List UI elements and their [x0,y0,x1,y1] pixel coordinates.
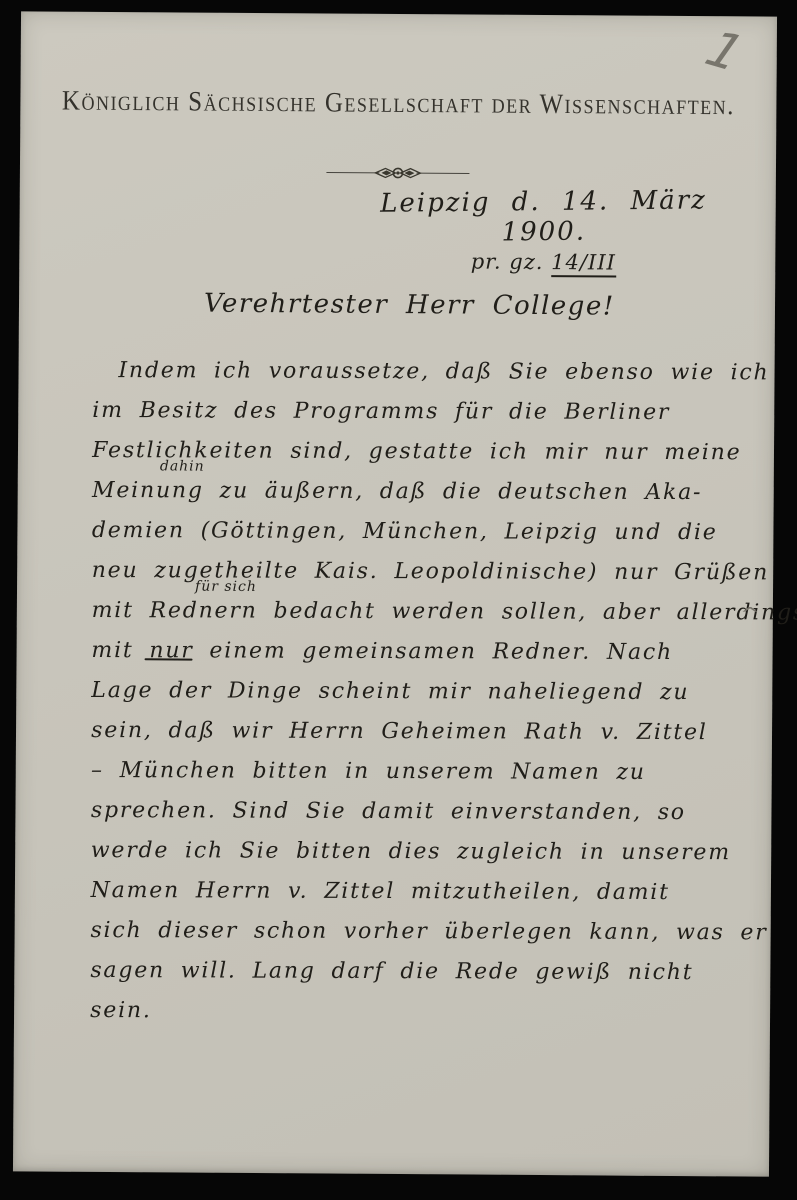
handwritten-line: demien (Göttingen, München, Leipzig und … [92,511,740,553]
page-number-pencil: 1 [697,20,752,82]
letter-body: Indem ich voraussetze, daß Sie ebenso wi… [90,351,740,1033]
handwritten-line: werde ich Sie bitten dies zugleich in un… [91,831,739,873]
dateline: Leipzig d. 14. März 1900. pr. gz. 14/III [349,186,738,276]
handwritten-line: mit nur einem gemeinsamen Redner. Nach [91,631,739,673]
handwritten-line: Lage der Dinge scheint mir naheliegend z… [91,671,739,713]
handwritten-line: sein. [90,991,738,1033]
handwritten-line: Namen Herrn v. Zittel mitzutheilen, dami… [91,871,739,913]
interline-insertion-above: dahin [160,458,205,474]
handwritten-line: neu zugetheilte Kais. Leopoldinische) nu… [92,551,740,593]
handwritten-line: im Besitz des Programms für die Berliner [92,391,740,433]
handwritten-line: sein, daß wir Herrn Geheimen Rath v. Zit… [91,711,739,753]
handwritten-line: sagen will. Lang darf die Rede gewiß nic… [90,951,738,993]
underline-mark [145,658,193,660]
scan-background: { "scan": { "page_marker": "1", "margin_… [0,0,797,1200]
salutation: Verehrtester Herr College! [204,289,615,322]
letter-page: 1 Königlich Sächsische Gesellschaft der … [13,11,777,1176]
handwritten-line: Meinung zu äußern, daß die deutschen Aka… [92,471,740,513]
received-note: pr. gz. 14/III [349,249,737,276]
dateline-place-date: Leipzig d. 14. März 1900. [349,185,738,249]
received-note-number: 14/III [551,250,616,277]
received-note-prefix: pr. gz. [471,250,544,275]
letterhead-title: Königlich Sächsische Gesellschaft der Wi… [20,86,776,123]
handwritten-line: – München bitten in unserem Namen zu [91,751,739,793]
handwritten-line: Indem ich voraussetze, daß Sie ebenso wi… [92,351,740,393]
handwritten-line: sich dieser schon vorher überlegen kann,… [90,911,738,953]
margin-caret-pencil: ^ [740,604,760,624]
interline-insertion-below: für sich [195,579,257,595]
handwritten-line: sprechen. Sind Sie damit einverstanden, … [91,791,739,833]
handwritten-line: mit Rednern bedacht werden sollen, aber … [92,591,740,633]
ornament-divider-icon [325,164,470,183]
